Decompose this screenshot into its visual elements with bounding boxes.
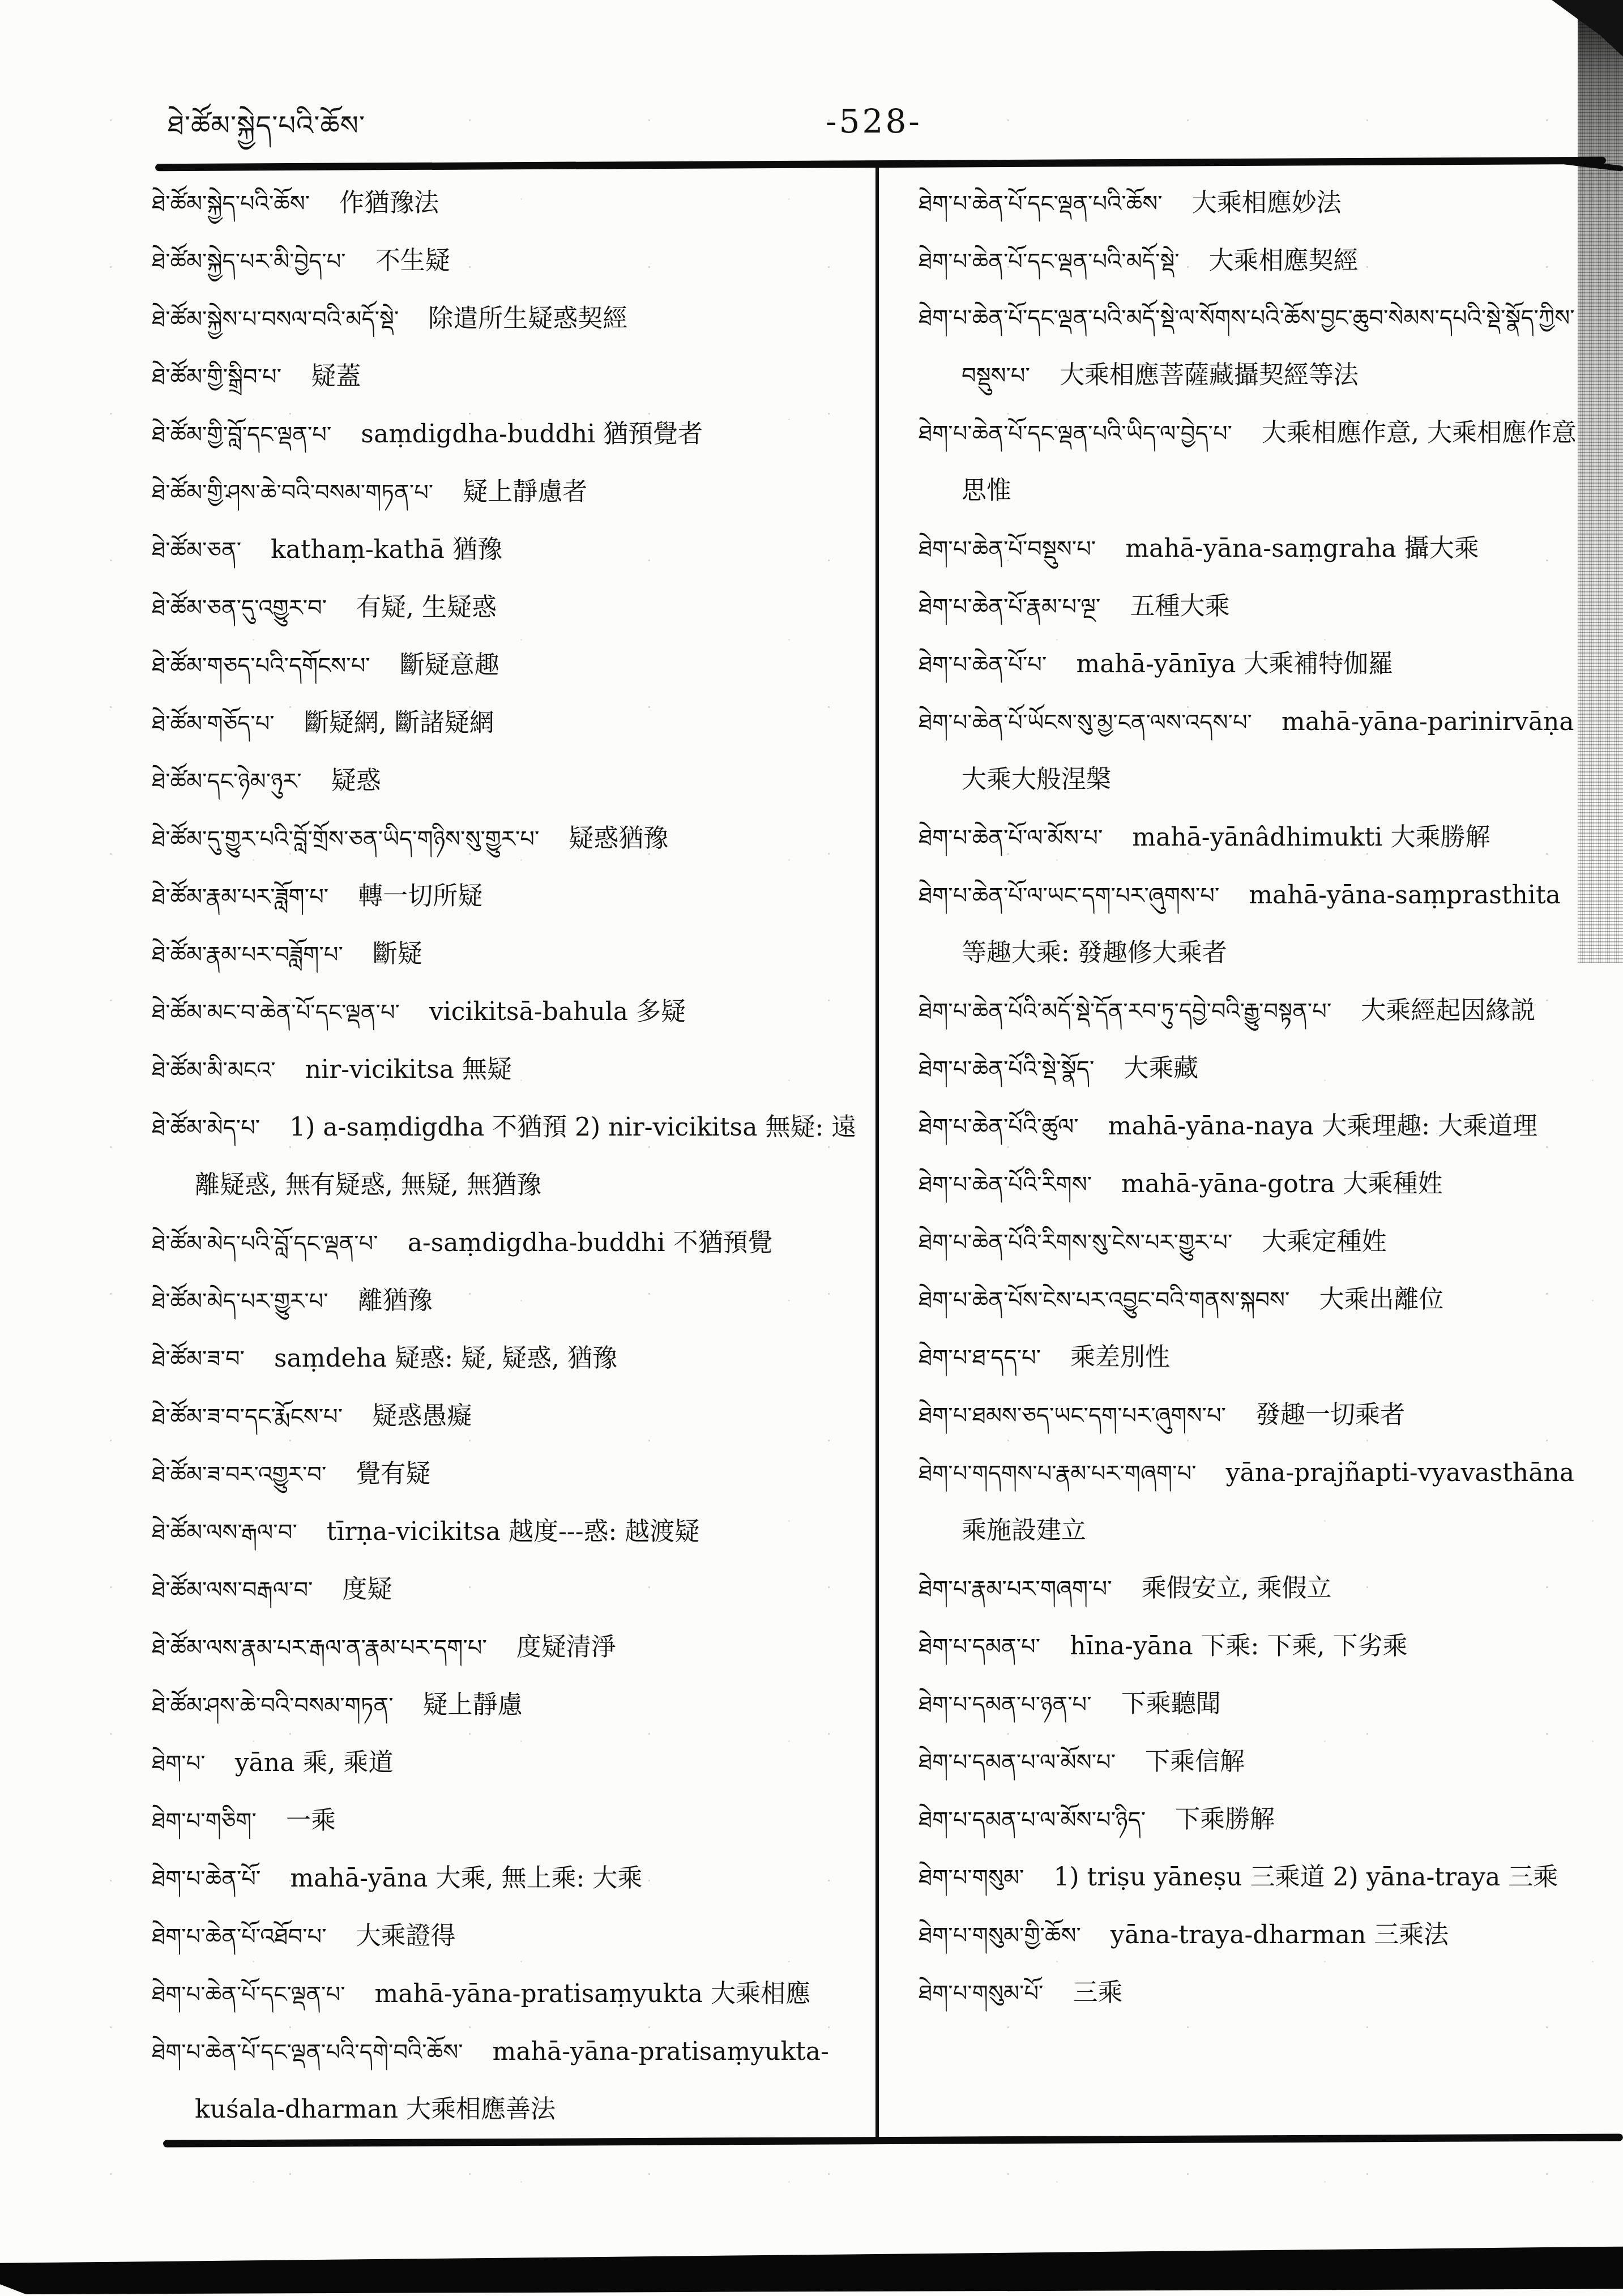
entry-headword-tibetan: ཐེག་པ་གསུམ་པོ་ xyxy=(919,1981,1043,2007)
entry-definition: a-saṃdigdha-buddhi 不猶預覺 xyxy=(408,1228,773,1257)
dictionary-entry: ཐེག་པ་དམན་པ་hīna-yāna 下乘: 下乘, 下劣乘 xyxy=(919,1620,1592,1678)
entry-definition: tīrṇa-vicikitsa 越度---惑: 越渡疑 xyxy=(327,1517,700,1546)
entry-headword-tibetan: ཐེ་ཚོམ་སྐྱེད་པའི་ཆོས་ xyxy=(152,191,310,217)
dictionary-entry: ཐེག་པ་ཆེན་པོ་རྣམ་པ་ལྔ་五種大乘 xyxy=(919,580,1592,638)
dictionary-entry: ཐེག་པ་ཆེན་པོ་པ་mahā-yānīya 大乘補特伽羅 xyxy=(919,638,1592,695)
entry-headword-tibetan: ཐེག་པ་ཆེན་པོ་དང་ལྡན་པའི་དགེ་བའི་ཆོས་ xyxy=(152,2039,463,2065)
dictionary-entry: ཐེ་ཚོམ་གྱི་སྒྲིབ་པ་疑蓋 xyxy=(152,350,862,408)
dictionary-entry: ཐེག་པ་རྣམ་པར་གཞག་པ་乘假安立, 乘假立 xyxy=(919,1562,1592,1620)
entry-headword-tibetan: ཐེག་པ་ཆེན་པོ་འཐོབ་པ་ xyxy=(152,1924,327,1950)
dictionary-entry: ཐེ་ཚོམ་ཟ་བ་དང་རྨོངས་པ་疑惑愚癡 xyxy=(152,1390,862,1448)
dictionary-entry: ཐེ་ཚོམ་ཅན་དུ་འགྱུར་བ་有疑, 生疑惑 xyxy=(152,581,862,639)
entry-definition: 不生疑 xyxy=(375,246,450,275)
entry-headword-tibetan: ཐེ་ཚོམ་ཅན་དུ་འགྱུར་བ་ xyxy=(152,595,327,621)
entry-definition: mahā-yāna-pratisaṃyukta 大乘相應 xyxy=(375,1979,810,2008)
entry-headword-tibetan: ཐེག་པ་གསུམ་གྱི་ཆོས་ xyxy=(919,1923,1081,1949)
entry-headword-tibetan: ཐེ་ཚོམ་ཟ་བ་ xyxy=(152,1346,245,1372)
dictionary-entry: ཐེག་པ་ཆེན་པོ་དང་ལྡན་པའི་ཆོས་大乘相應妙法 xyxy=(919,177,1592,234)
dictionary-entry: ཐེག་པ་དམན་པ་ལ་མོས་པ་ཉིད་下乘勝解 xyxy=(919,1793,1592,1851)
entry-definition: 疑惑愚癡 xyxy=(372,1402,472,1431)
dictionary-entry: ཐེ་ཚོམ་གྱི་བློ་དང་ལྡན་པ་saṃdigdha-buddhi… xyxy=(152,408,862,466)
entry-definition: 斷疑 xyxy=(373,940,422,968)
entry-headword-tibetan: ཐེ་ཚོམ་གྱི་ཤས་ཆེ་བའི་བསམ་གཏན་པ་ xyxy=(152,480,433,506)
entry-definition: 大乘藏 xyxy=(1124,1054,1198,1083)
dictionary-entry: ཐེག་པ་ཆེན་པོའི་སྡེ་སྣོད་大乘藏 xyxy=(919,1042,1592,1100)
entry-definition: 度疑清淨 xyxy=(516,1633,616,1662)
dictionary-entry: ཐེག་པ་གསུམ་གྱི་ཆོས་yāna-traya-dharman 三乘… xyxy=(919,1909,1592,1966)
entry-headword-tibetan: ཐེ་ཚོམ་མེད་པའི་བློ་དང་ལྡན་པ་ xyxy=(152,1231,378,1257)
entry-headword-tibetan: ཐེག་པ་རྣམ་པར་གཞག་པ་ xyxy=(919,1576,1112,1602)
right-column: ཐེག་པ་ཆེན་པོ་དང་ལྡན་པའི་ཆོས་大乘相應妙法ཐེག་པ་… xyxy=(919,177,1592,2024)
entry-headword-tibetan: ཐེ་ཚོམ་སྐྱེད་པར་མི་བྱེད་པ་ xyxy=(152,249,346,275)
dictionary-entry: ཐེག་པ་ཆེན་པོའི་རིགས་mahā-yāna-gotra 大乘種姓 xyxy=(919,1158,1592,1215)
dictionary-entry: ཐེ་ཚོམ་དུ་གྱུར་པའི་བློ་གྲོས་ཅན་ཡིད་གཉིས་… xyxy=(152,812,862,870)
entry-definition: 疑惑猶豫 xyxy=(569,824,668,853)
entry-definition: 轉一切所疑 xyxy=(358,882,482,911)
dictionary-entry: ཐེ་ཚོམ་མེད་པར་གྱུར་པ་離猶豫 xyxy=(152,1274,862,1332)
entry-headword-tibetan: ཐེག་པ་ཆེན་པོ་དང་ལྡན་པའི་ཡིད་ལ་བྱེད་པ་ xyxy=(919,421,1232,447)
entry-headword-tibetan: ཐེ་ཚོམ་གཅད་པའི་དགོངས་པ་ xyxy=(152,653,370,679)
entry-headword-tibetan: ཐེ་ཚོམ་གྱི་བློ་དང་ལྡན་པ་ xyxy=(152,422,331,448)
entry-definition: 疑上靜慮者 xyxy=(463,477,587,506)
entry-headword-tibetan: ཐེ་ཚོམ་གྱི་སྒྲིབ་པ་ xyxy=(152,364,281,390)
entry-definition: 下乘聽聞 xyxy=(1121,1689,1221,1718)
entry-definition: 1) a-saṃdigdha 不猶預 2) nir-vicikitsa 無疑: … xyxy=(195,1113,856,1200)
entry-definition: mahā-yāna-naya 大乘理趣: 大乘道理 xyxy=(1108,1112,1537,1141)
entry-definition: 有疑, 生疑惑 xyxy=(356,593,497,622)
entry-definition: 五種大乘 xyxy=(1130,592,1229,621)
entry-definition: vicikitsā-bahula 多疑 xyxy=(429,997,686,1026)
entry-definition: 疑上靜慮 xyxy=(423,1691,523,1719)
left-column: ཐེ་ཚོམ་སྐྱེད་པའི་ཆོས་作猶豫法ཐེ་ཚོམ་སྐྱེད་པར… xyxy=(152,177,862,2141)
entry-headword-tibetan: ཐེག་པ་གསུམ་ xyxy=(919,1865,1024,1891)
entry-definition: saṃdeha 疑惑: 疑, 疑惑, 猶豫 xyxy=(274,1344,617,1373)
entry-definition: 疑蓋 xyxy=(311,362,361,391)
entry-definition: 大乘出離位 xyxy=(1319,1285,1443,1314)
entry-headword-tibetan: ཐེག་པ་གཅིག་ xyxy=(152,1808,257,1834)
entry-headword-tibetan: ཐེག་པ་ཆེན་པོའི་རིགས་སུ་ངེས་པར་གྱུར་པ་ xyxy=(919,1230,1232,1256)
dictionary-entry: ཐེ་ཚོམ་སྐྱེས་པ་བསལ་བའི་མདོ་སྡེ་除遣所生疑惑契經 xyxy=(152,292,862,350)
entry-headword-tibetan: ཐེ་ཚོམ་དང་ཉེམ་ཉུར་ xyxy=(152,769,302,795)
page-number: -528- xyxy=(826,102,922,140)
dictionary-entry: ཐེག་པ་གཅིག་一乘 xyxy=(152,1794,862,1852)
entry-headword-tibetan: ཐེ་ཚོམ་མང་བ་ཆེན་པོ་དང་ལྡན་པ་ xyxy=(152,1000,400,1026)
dictionary-entry: ཐེ་ཚོམ་ཟ་བར་འགྱུར་བ་覺有疑 xyxy=(152,1448,862,1505)
entry-definition: mahā-yānīya 大乘補特伽羅 xyxy=(1076,650,1393,678)
entry-headword-tibetan: ཐེག་པ་ཆེན་པོས་ངེས་པར་འབྱུང་བའི་གནས་སྐབས་ xyxy=(919,1287,1289,1313)
entry-definition: 大乘證得 xyxy=(356,1922,456,1951)
entry-definition: mahā-yāna 大乘, 無上乘: 大乘 xyxy=(290,1864,642,1893)
dictionary-entry: ཐེ་ཚོམ་རྣམ་པར་ཟློག་པ་轉一切所疑 xyxy=(152,870,862,928)
entry-headword-tibetan: ཐེག་པ་ཆེན་པོ་བསྡུས་པ་ xyxy=(919,536,1096,562)
entry-headword-tibetan: ཐེག་པ་ཐམས་ཅད་ཡང་དག་པར་ཞུགས་པ་ xyxy=(919,1403,1226,1429)
dictionary-entry: ཐེག་པ་དམན་པ་ལ་མོས་པ་下乘信解 xyxy=(919,1735,1592,1793)
entry-headword-tibetan: ཐེ་ཚོམ་ལས་བརྒལ་བ་ xyxy=(152,1577,313,1603)
dictionary-entry: ཐེག་པ་yāna 乘, 乘道 xyxy=(152,1736,862,1794)
entry-definition: 下乘勝解 xyxy=(1175,1805,1275,1834)
dictionary-entry: ཐེ་ཚོམ་གྱི་ཤས་ཆེ་བའི་བསམ་གཏན་པ་疑上靜慮者 xyxy=(152,466,862,523)
dictionary-entry: ཐེག་པ་ཆེན་པོ་དང་ལྡན་པའི་ཡིད་ལ་བྱེད་པ་大乘相… xyxy=(919,407,1592,522)
dictionary-page: ཐེ་ཚོམ་སྐྱེད་པའི་ཆོས་ -528- ཐེ་ཚོམ་སྐྱེད… xyxy=(0,0,1623,2296)
entry-definition: 下乘信解 xyxy=(1145,1747,1245,1776)
column-divider xyxy=(875,168,879,2140)
entry-headword-tibetan: ཐེག་པ་ཆེན་པོ་ལ་མོས་པ་ xyxy=(919,825,1103,851)
entry-definition: 大乘相應妙法 xyxy=(1192,189,1342,217)
entry-definition: 斷疑意趣 xyxy=(400,651,499,680)
dictionary-entry: ཐེག་པ་ཆེན་པོས་ངེས་པར་འབྱུང་བའི་གནས་སྐབས་… xyxy=(919,1273,1592,1331)
running-head-tibetan: ཐེ་ཚོམ་སྐྱེད་པའི་ཆོས་ xyxy=(168,95,365,172)
entry-headword-tibetan: ཐེག་པ་ཆེན་པོ་ xyxy=(152,1866,260,1892)
entry-definition: yāna-traya-dharman 三乘法 xyxy=(1111,1921,1449,1949)
entry-headword-tibetan: ཐེག་པ་དམན་པ་ཉན་པ་ xyxy=(919,1692,1092,1718)
dictionary-entry: ཐེ་ཚོམ་མང་བ་ཆེན་པོ་དང་ལྡན་པ་vicikitsā-ba… xyxy=(152,985,862,1043)
entry-definition: 疑惑 xyxy=(331,766,381,795)
entry-definition: 乘差別性 xyxy=(1070,1343,1170,1372)
dictionary-entry: ཐེག་པ་ཆེན་པོའི་ཚུལ་mahā-yāna-naya 大乘理趣: … xyxy=(919,1100,1592,1158)
entry-headword-tibetan: ཐེག་པ་དམན་པ་ལ་མོས་པ་ཉིད་ xyxy=(919,1807,1146,1833)
entry-definition: yāna 乘, 乘道 xyxy=(235,1748,394,1777)
dictionary-entry: ཐེག་པ་ཆེན་པོ་བསྡུས་པ་mahā-yāna-saṃgraha … xyxy=(919,522,1592,580)
dictionary-entry: ཐེག་པ་ཆེན་པོ་དང་ལྡན་པའི་མདོ་སྡེ་ལ་སོགས་པ… xyxy=(919,292,1592,407)
entry-headword-tibetan: ཐེ་ཚོམ་ལས་རྣམ་པར་རྒལ་ན་རྣམ་པར་དག་པ་ xyxy=(152,1635,487,1661)
header-rule xyxy=(155,157,1606,172)
dictionary-entry: ཐེག་པ་དམན་པ་ཉན་པ་下乘聽聞 xyxy=(919,1678,1592,1735)
bottom-scan-shadow xyxy=(0,2237,1623,2296)
dictionary-entry: ཐེག་པ་ཆེན་པོ་དང་ལྡན་པ་mahā-yāna-pratisaṃ… xyxy=(152,1968,862,2025)
entry-definition: 一乘 xyxy=(286,1806,336,1835)
dictionary-entry: ཐེ་ཚོམ་སྐྱེད་པར་མི་བྱེད་པ་不生疑 xyxy=(152,234,862,292)
entry-headword-tibetan: ཐེག་པ་ཆེན་པོ་དང་ལྡན་པའི་ཆོས་ xyxy=(919,191,1163,217)
dictionary-entry: ཐེ་ཚོམ་ལས་རྒལ་བ་tīrṇa-vicikitsa 越度---惑: … xyxy=(152,1505,862,1563)
entry-headword-tibetan: ཐེག་པ་ཆེན་པོའི་སྡེ་སྣོད་ xyxy=(919,1056,1094,1082)
entry-headword-tibetan: ཐེག་པ་ཆེན་པོ་དང་ལྡན་པ་ xyxy=(152,1982,345,2008)
dictionary-entry: ཐེག་པ་ཐ་དད་པ་乘差別性 xyxy=(919,1331,1592,1389)
dictionary-entry: ཐེག་པ་ཆེན་པོའི་རིགས་སུ་ངེས་པར་གྱུར་པ་大乘定… xyxy=(919,1215,1592,1273)
dictionary-entry: ཐེ་ཚོམ་ཤས་ཆེ་བའི་བསམ་གཏན་疑上靜慮 xyxy=(152,1679,862,1736)
entry-definition: 乘假安立, 乘假立 xyxy=(1142,1574,1332,1603)
entry-headword-tibetan: ཐེག་པ་ཆེན་པོ་དང་ལྡན་པའི་མདོ་སྡེ་ xyxy=(919,249,1180,275)
entry-definition: mahā-yāna-gotra 大乘種姓 xyxy=(1121,1170,1443,1198)
dictionary-entry: ཐེག་པ་ཐམས་ཅད་ཡང་དག་པར་ཞུགས་པ་發趣一切乘者 xyxy=(919,1389,1592,1446)
entry-headword-tibetan: ཐེ་ཚོམ་སྐྱེས་པ་བསལ་བའི་མདོ་སྡེ་ xyxy=(152,306,399,332)
entry-headword-tibetan: ཐེག་པ་ཆེན་པོའི་མདོ་སྡེ་དོན་རབ་ཏུ་དབྱེ་བའ… xyxy=(919,998,1331,1025)
dictionary-entry: ཐེག་པ་ཆེན་པོ་ལ་མོས་པ་mahā-yānâdhimukti 大… xyxy=(919,811,1592,869)
entry-definition: mahā-yānâdhimukti 大乘勝解 xyxy=(1132,823,1490,852)
entry-definition: 大乘相應菩薩藏攝契經等法 xyxy=(1060,361,1359,390)
entry-definition: 大乘相應契經 xyxy=(1209,246,1359,275)
entry-definition: 度疑 xyxy=(342,1575,392,1604)
entry-definition: 斷疑網, 斷諸疑網 xyxy=(304,709,494,737)
dictionary-entry: ཐེག་པ་ཆེན་པོ་ལ་ཡང་དག་པར་ཞུགས་པ་mahā-yāna… xyxy=(919,869,1592,984)
dictionary-entry: ཐེག་པ་གསུམ་པོ་三乘 xyxy=(919,1966,1592,2024)
entry-definition: saṃdigdha-buddhi 猶預覺者 xyxy=(361,420,703,449)
entry-definition: 發趣一切乘者 xyxy=(1255,1401,1405,1429)
entry-headword-tibetan: ཐེག་པ་ཆེན་པོའི་རིགས་ xyxy=(919,1172,1092,1198)
entry-definition: 離猶豫 xyxy=(358,1286,433,1315)
dictionary-entry: ཐེག་པ་ཆེན་པོ་mahā-yāna 大乘, 無上乘: 大乘 xyxy=(152,1852,862,1910)
dictionary-entry: ཐེག་པ་ཆེན་པོ་ཡོངས་སུ་མྱ་ངན་ལས་འདས་པ་mahā… xyxy=(919,695,1592,811)
entry-definition: mahā-yāna-saṃgraha 攝大乘 xyxy=(1125,534,1479,563)
entry-definition: 覺有疑 xyxy=(356,1459,430,1488)
dictionary-entry: ཐེ་ཚོམ་ལས་བརྒལ་བ་度疑 xyxy=(152,1563,862,1621)
entry-headword-tibetan: ཐེ་ཚོམ་མེད་པར་གྱུར་པ་ xyxy=(152,1288,328,1315)
dictionary-entry: ཐེག་པ་གདགས་པ་རྣམ་པར་གཞག་པ་yāna-prajñapti… xyxy=(919,1446,1592,1562)
entry-headword-tibetan: ཐེག་པ་དམན་པ་ལ་མོས་པ་ xyxy=(919,1749,1116,1776)
entry-headword-tibetan: ཐེ་ཚོམ་ཟ་བར་འགྱུར་བ་ xyxy=(152,1462,326,1488)
top-corner-shadow xyxy=(1518,0,1623,57)
entry-headword-tibetan: ཐེ་ཚོམ་གཅོད་པ་ xyxy=(152,711,275,737)
dictionary-entry: ཐེག་པ་ཆེན་པོ་དང་ལྡན་པའི་དགེ་བའི་ཆོས་mahā… xyxy=(152,2025,862,2141)
dictionary-entry: ཐེ་ཚོམ་གཅོད་པ་斷疑網, 斷諸疑網 xyxy=(152,697,862,754)
entry-headword-tibetan: ཐེ་ཚོམ་ཟ་བ་དང་རྨོངས་པ་ xyxy=(152,1404,343,1430)
entry-definition: 作猶豫法 xyxy=(339,189,439,217)
entry-headword-tibetan: ཐེག་པ་ཆེན་པོའི་ཚུལ་ xyxy=(919,1114,1079,1140)
entry-headword-tibetan: ཐེ་ཚོམ་ལས་རྒལ་བ་ xyxy=(152,1520,297,1546)
dictionary-entry: ཐེག་པ་ཆེན་པོ་འཐོབ་པ་大乘證得 xyxy=(152,1910,862,1968)
entry-headword-tibetan: ཐེ་ཚོམ་རྣམ་པར་བཟློག་པ་ xyxy=(152,942,343,968)
entry-headword-tibetan: ཐེ་ཚོམ་ཤས་ཆེ་བའི་བསམ་གཏན་ xyxy=(152,1693,394,1719)
dictionary-entry: ཐེ་ཚོམ་ཟ་བ་saṃdeha 疑惑: 疑, 疑惑, 猶豫 xyxy=(152,1332,862,1390)
dictionary-entry: ཐེ་ཚོམ་སྐྱེད་པའི་ཆོས་作猶豫法 xyxy=(152,177,862,234)
entry-headword-tibetan: ཐེ་ཚོམ་དུ་གྱུར་པའི་བློ་གྲོས་ཅན་ཡིད་གཉིས་… xyxy=(152,826,539,852)
dictionary-entry: ཐེ་ཚོམ་མི་མངའ་nir-vicikitsa 無疑 xyxy=(152,1043,862,1101)
entry-definition: 除遣所生疑惑契經 xyxy=(428,304,627,333)
entry-headword-tibetan: ཐེག་པ་ཆེན་པོ་ཡོངས་སུ་མྱ་ངན་ལས་འདས་པ་ xyxy=(919,710,1252,736)
dictionary-entry: ཐེག་པ་གསུམ་1) triṣu yāneṣu 三乘道 2) yāna-t… xyxy=(919,1851,1592,1909)
entry-headword-tibetan: ཐེག་པ་ཐ་དད་པ་ xyxy=(919,1345,1041,1371)
entry-headword-tibetan: ཐེག་པ་ཆེན་པོ་ལ་ཡང་དག་པར་ཞུགས་པ་ xyxy=(919,883,1219,909)
entry-headword-tibetan: ཐེག་པ་ xyxy=(152,1751,206,1777)
dictionary-entry: ཐེ་ཚོམ་དང་ཉེམ་ཉུར་疑惑 xyxy=(152,754,862,812)
entry-definition: 大乘經起因緣説 xyxy=(1361,996,1535,1025)
entry-headword-tibetan: ཐེག་པ་ཆེན་པོ་པ་ xyxy=(919,652,1047,678)
dictionary-entry: ཐེ་ཚོམ་རྣམ་པར་བཟློག་པ་斷疑 xyxy=(152,928,862,985)
entry-headword-tibetan: ཐེ་ཚོམ་ཅན་ xyxy=(152,537,241,564)
dictionary-entry: ཐེ་ཚོམ་ལས་རྣམ་པར་རྒལ་ན་རྣམ་པར་དག་པ་度疑清淨 xyxy=(152,1621,862,1679)
entry-headword-tibetan: ཐེ་ཚོམ་མེད་པ་ xyxy=(152,1115,260,1141)
dictionary-entry: ཐེ་ཚོམ་མེད་པའི་བློ་དང་ལྡན་པ་a-saṃdigdha-… xyxy=(152,1217,862,1274)
entry-definition: kathaṃ-kathā 猶豫 xyxy=(271,535,502,564)
dictionary-entry: ཐེག་པ་ཆེན་པོ་དང་ལྡན་པའི་མདོ་སྡེ་大乘相應契經 xyxy=(919,234,1592,292)
entry-headword-tibetan: ཐེག་པ་གདགས་པ་རྣམ་པར་གཞག་པ་ xyxy=(919,1461,1197,1487)
entry-headword-tibetan: ཐེ་ཚོམ་མི་མངའ་ xyxy=(152,1057,276,1083)
entry-definition: 1) triṣu yāneṣu 三乘道 2) yāna-traya 三乘 xyxy=(1053,1863,1558,1892)
entry-headword-tibetan: ཐེག་པ་ཆེན་པོ་རྣམ་པ་ལྔ་ xyxy=(919,594,1100,620)
dictionary-entry: ཐེ་ཚོམ་མེད་པ་1) a-saṃdigdha 不猶預 2) nir-v… xyxy=(152,1101,862,1217)
entry-headword-tibetan: ཐེག་པ་དམན་པ་ xyxy=(919,1634,1040,1660)
entry-definition: nir-vicikitsa 無疑 xyxy=(305,1055,512,1084)
entry-definition: 大乘定種姓 xyxy=(1262,1227,1386,1256)
entry-headword-tibetan: ཐེ་ཚོམ་རྣམ་པར་ཟློག་པ་ xyxy=(152,884,328,910)
dictionary-entry: ཐེ་ཚོམ་གཅད་པའི་དགོངས་པ་斷疑意趣 xyxy=(152,639,862,697)
entry-definition: hīna-yāna 下乘: 下乘, 下劣乘 xyxy=(1070,1632,1407,1661)
entry-definition: 三乘 xyxy=(1073,1978,1122,2007)
dictionary-entry: ཐེག་པ་ཆེན་པོའི་མདོ་སྡེ་དོན་རབ་ཏུ་དབྱེ་བའ… xyxy=(919,984,1592,1042)
dictionary-entry: ཐེ་ཚོམ་ཅན་kathaṃ-kathā 猶豫 xyxy=(152,523,862,581)
